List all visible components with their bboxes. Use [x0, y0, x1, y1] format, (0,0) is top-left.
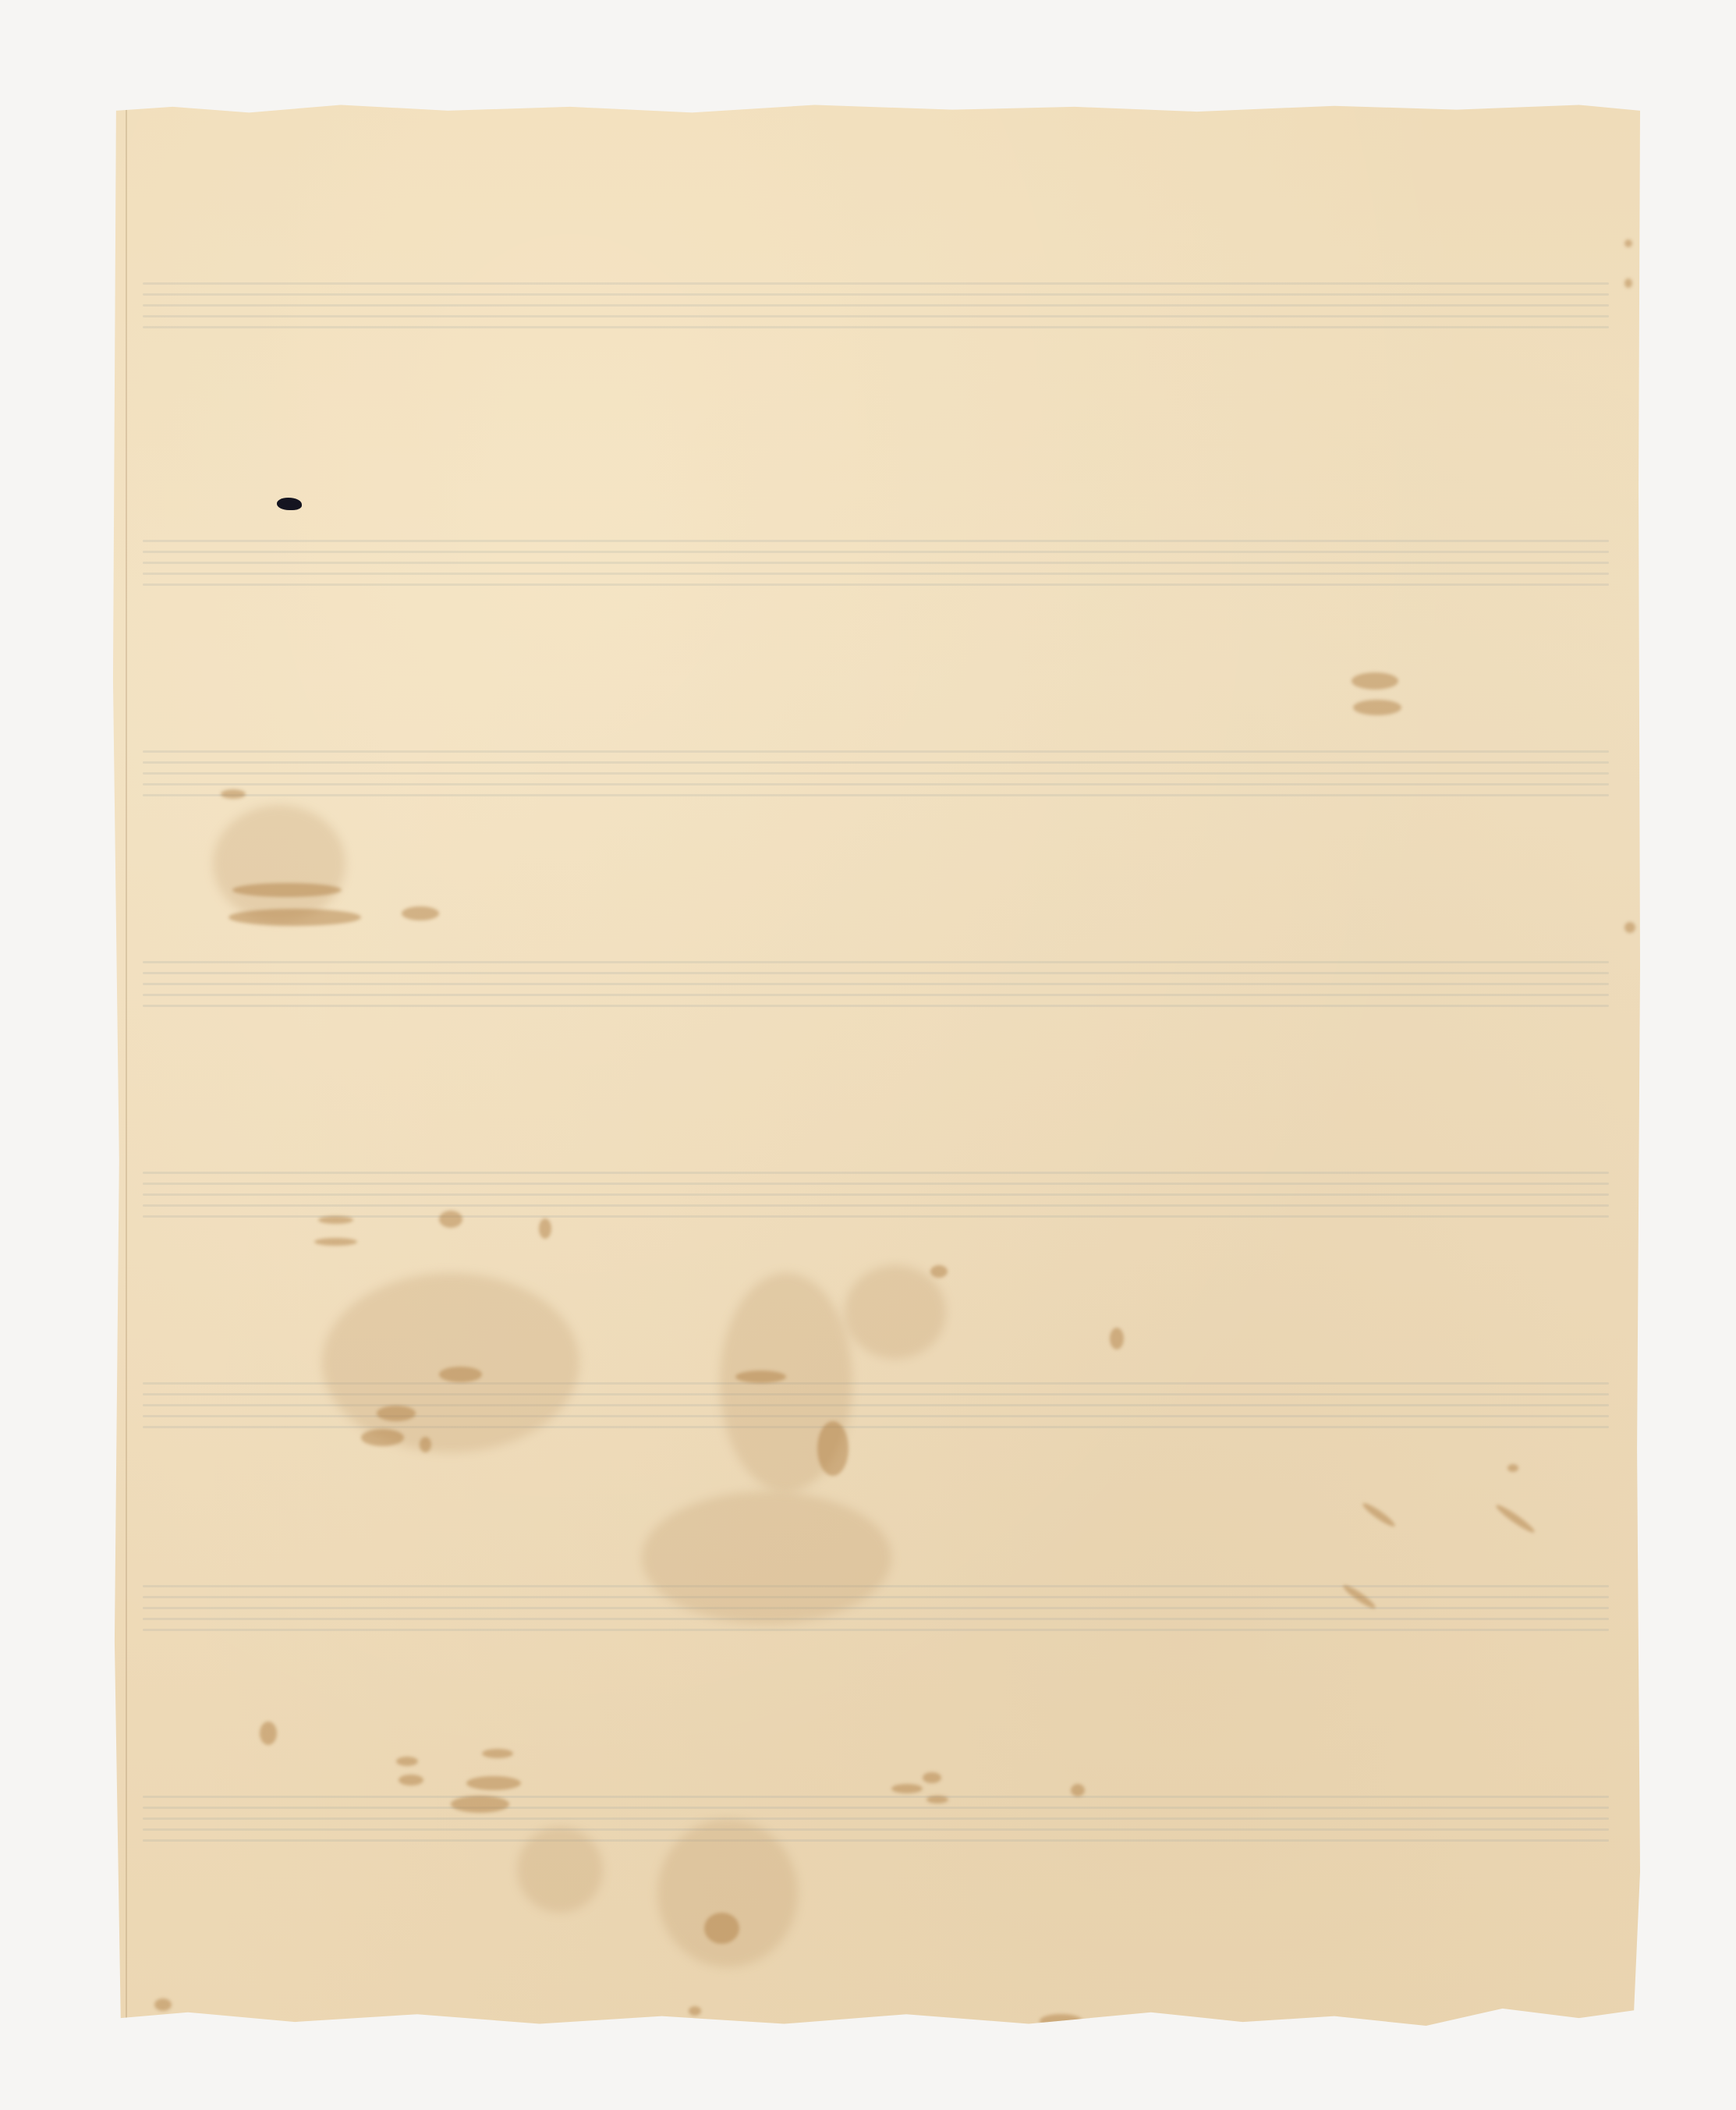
stain [154, 1998, 172, 2011]
stain [318, 1216, 353, 1224]
stain-diffuse [657, 1819, 798, 1967]
stain [482, 1749, 513, 1758]
stain [260, 1722, 277, 1745]
stain [221, 789, 246, 799]
stain [377, 1406, 416, 1421]
left-edge-crease [126, 103, 127, 2026]
stain-diffuse [517, 1827, 603, 1913]
stain [891, 1784, 923, 1793]
stain-diffuse [213, 805, 345, 922]
stain [229, 909, 361, 926]
stain [817, 1421, 849, 1476]
stain [1507, 1464, 1518, 1472]
stain [1352, 672, 1398, 690]
stain [735, 1371, 786, 1383]
edge-stain [1040, 2014, 1082, 2028]
stain [704, 1913, 739, 1944]
stain [361, 1429, 404, 1446]
paper-sheet [112, 103, 1640, 2026]
stain [402, 906, 439, 920]
stain [1361, 1501, 1398, 1530]
stain [926, 1796, 948, 1803]
stain [399, 1775, 423, 1786]
edge-stain [1624, 278, 1632, 288]
stain [314, 1238, 357, 1246]
stain [439, 1211, 462, 1228]
stain-diffuse [845, 1265, 946, 1359]
stain [451, 1796, 509, 1813]
staff-bleed-1 [143, 282, 1609, 329]
ink-blot [277, 498, 302, 510]
stain [1110, 1328, 1124, 1349]
stain [466, 1776, 521, 1790]
staff-bleed-5 [143, 1172, 1609, 1218]
stain [439, 1367, 482, 1382]
staff-bleed-7 [143, 1585, 1609, 1632]
stain [232, 883, 342, 897]
stain-diffuse [642, 1491, 891, 1624]
edge-stain [1624, 922, 1635, 933]
stain [1071, 1784, 1085, 1796]
stain [420, 1437, 431, 1452]
stain-diffuse [322, 1273, 579, 1452]
staff-bleed-8 [143, 1796, 1609, 1842]
stain [1494, 1502, 1537, 1536]
staff-bleed-4 [143, 961, 1609, 1008]
staff-bleed-2 [143, 540, 1609, 587]
stain [689, 2006, 701, 2016]
stain [930, 1265, 948, 1278]
stain [1353, 700, 1401, 715]
stain [396, 1757, 418, 1766]
edge-stain [1624, 239, 1632, 247]
stain [539, 1218, 551, 1239]
staff-bleed-3 [143, 750, 1609, 797]
stain [923, 1772, 941, 1783]
